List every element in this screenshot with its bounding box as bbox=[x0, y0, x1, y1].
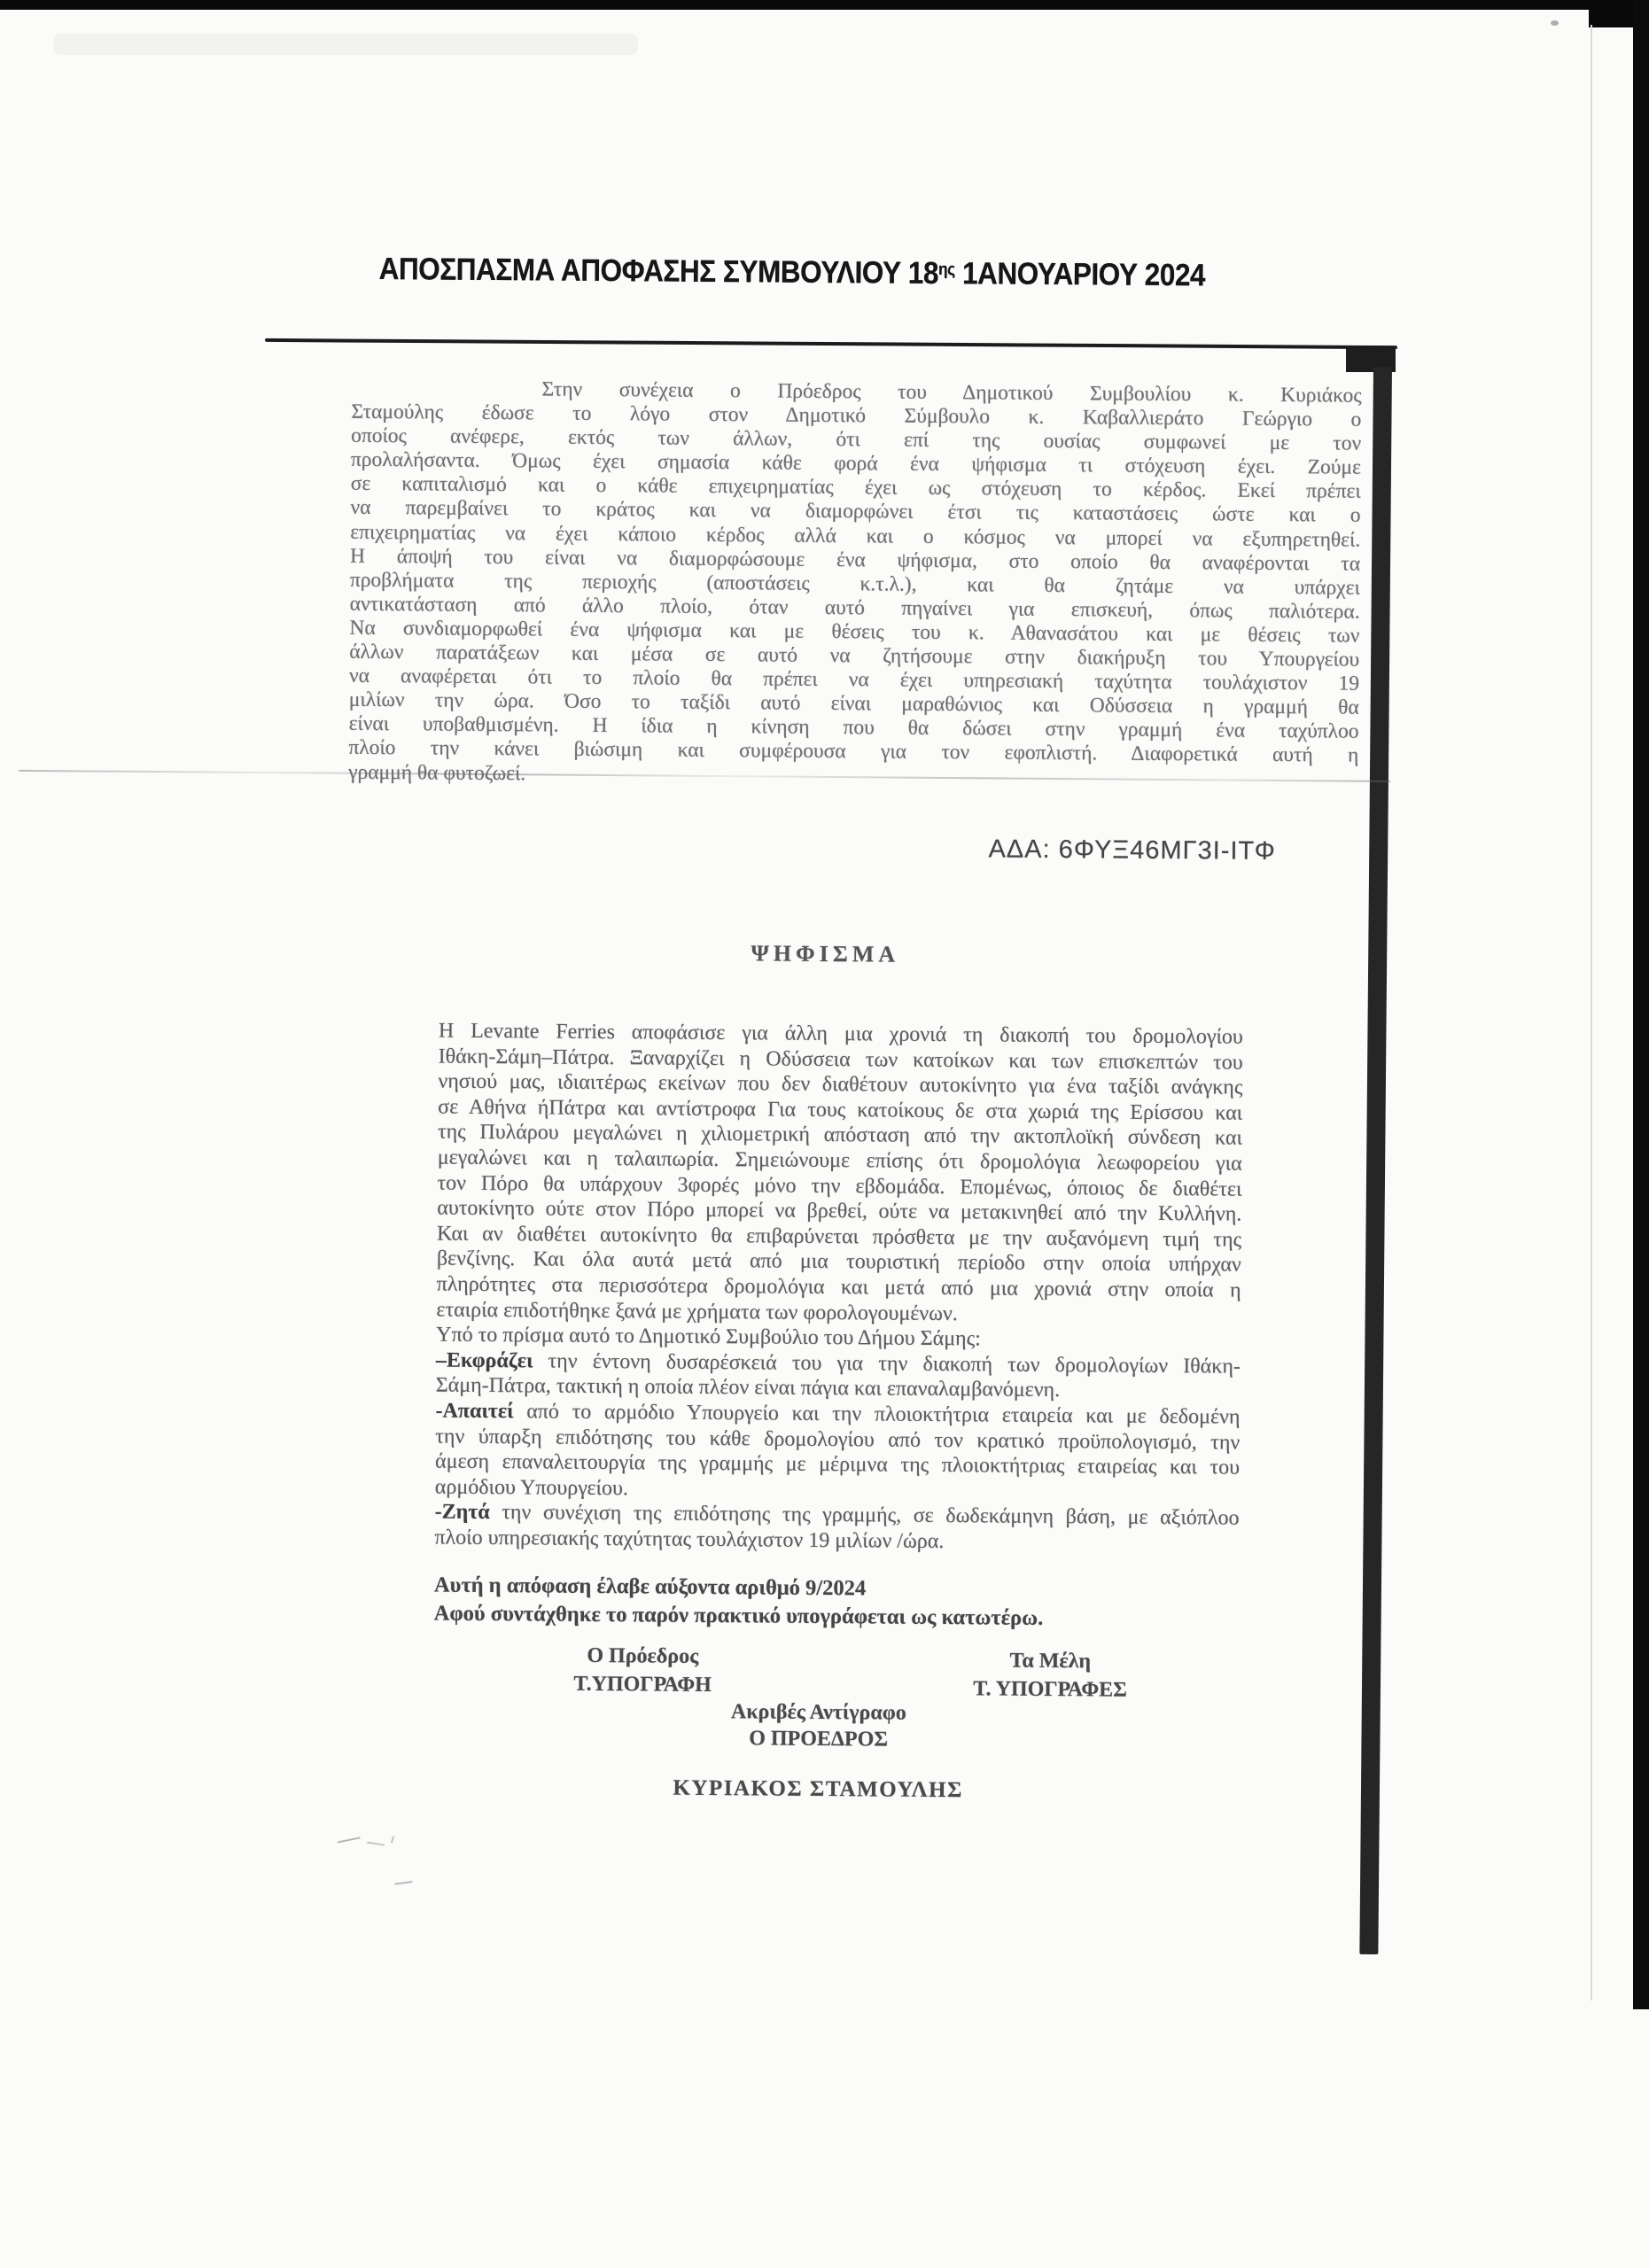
title-ordinal-superscript: ης bbox=[938, 260, 955, 279]
handwriting-smudge bbox=[366, 1842, 385, 1853]
scanned-document-page: ΑΠΟΣΠΑΣΜΑ ΑΠΟΦΑΣΗΣ ΣΥΜΒΟΥΛΙΟΥ 18ης 1ΑΝΟΥ… bbox=[0, 0, 1649, 2268]
handwriting-smudge bbox=[391, 1836, 403, 1846]
decision-closing-line: Αφού συντάχθηκε το παρόν πρακτικό υπογρά… bbox=[434, 1602, 1303, 1634]
document-title-date: 1ΑΝΟΥΑΡΙΟΥ 2024 bbox=[955, 256, 1206, 292]
handwriting-smudge bbox=[394, 1881, 412, 1885]
president-name: ΚΥΡΙΑΚΟΣ ΣΤΑΜΟΥΛΗΣ bbox=[641, 1775, 995, 1803]
resolution-heading: ΨΗΦΙΣΜΑ bbox=[751, 940, 899, 967]
document-title-text: ΑΠΟΣΠΑΣΜΑ ΑΠΟΦΑΣΗΣ ΣΥΜΒΟΥΛΙΟΥ 18 bbox=[379, 252, 939, 291]
ada-code: ΑΔΑ: 6ΦΥΞ46ΜΓ3Ι-ΙΤΦ bbox=[988, 835, 1276, 866]
members-signatures-placeholder: Τ. ΥΠΟΓΡΑΦΕΣ bbox=[917, 1677, 1183, 1703]
excerpt-top-border bbox=[265, 338, 1397, 349]
president-signature-placeholder: Τ.ΥΠΟΓΡΑΦΗ bbox=[509, 1672, 775, 1697]
document-title: ΑΠΟΣΠΑΣΜΑ ΑΠΟΦΑΣΗΣ ΣΥΜΒΟΥΛΙΟΥ 18ης 1ΑΝΟΥ… bbox=[378, 252, 1256, 294]
members-role-label: Τα Μέλη bbox=[917, 1649, 1183, 1674]
minutes-excerpt-paragraph: Στην συνέχεια ο Πρόεδρος του Δημοτικού Σ… bbox=[348, 377, 1362, 793]
certified-copy-label: Ακριβές Αντίγραφο bbox=[686, 1700, 952, 1726]
handwriting-smudge bbox=[338, 1837, 362, 1852]
decision-number-line: Αυτή η απόφαση έλαβε αύξοντα αριθμό 9/20… bbox=[434, 1573, 1303, 1605]
president-role-label: Ο Πρόεδρος bbox=[509, 1643, 775, 1669]
resolution-body: Η Levante Ferries αποφάσισε για άλλη μια… bbox=[434, 1019, 1243, 1557]
president-title-label: Ο ΠΡΟΕΔΡΟΣ bbox=[686, 1727, 952, 1752]
